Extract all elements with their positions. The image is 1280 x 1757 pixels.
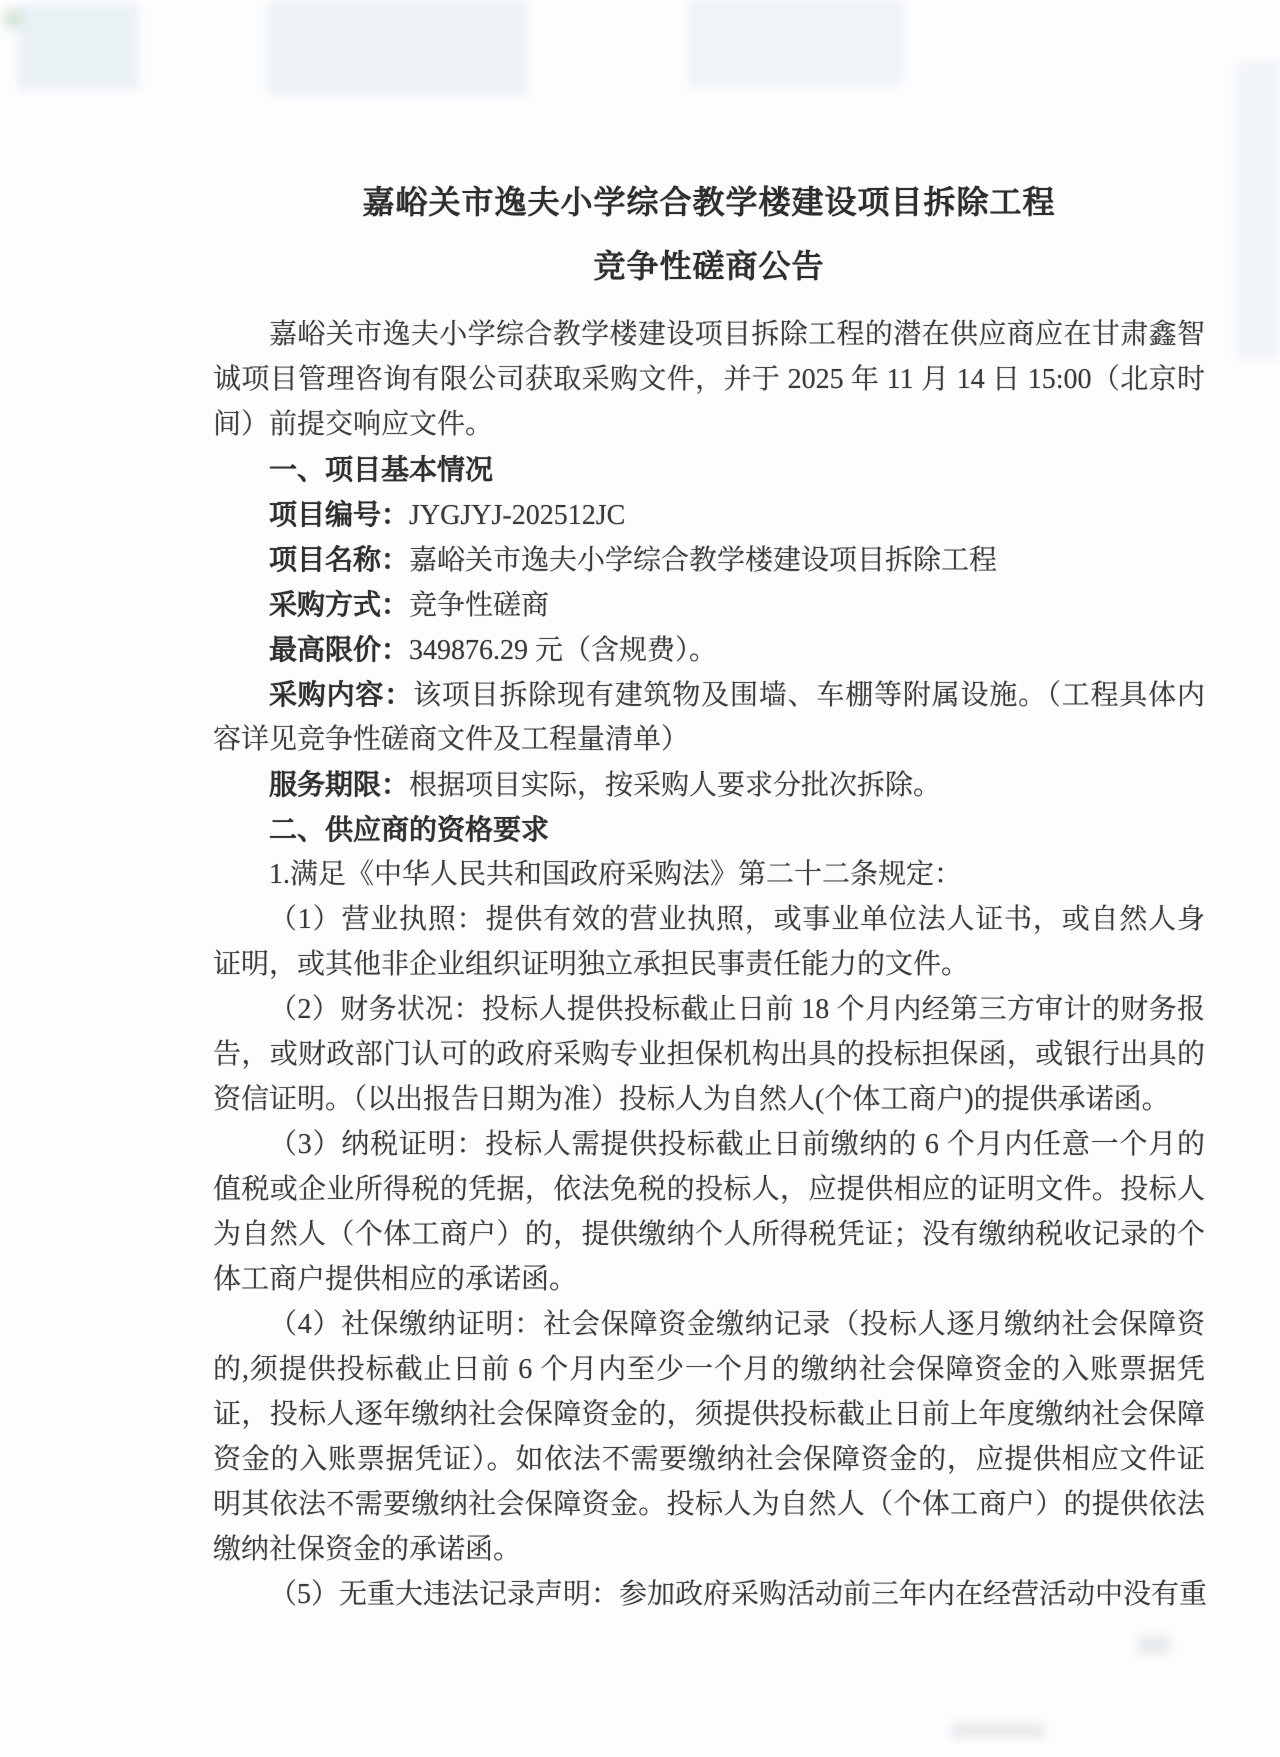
text-segment: 间）前提交响应文件。 bbox=[213, 409, 493, 440]
text-line: 项目名称：嘉峪关市逸夫小学综合教学楼建设项目拆除工程 bbox=[213, 537, 1205, 582]
paragraph: 项目编号：JYGJYJ-202512JC bbox=[213, 492, 1205, 537]
paragraph: 项目名称：嘉峪关市逸夫小学综合教学楼建设项目拆除工程 bbox=[213, 537, 1205, 582]
text-line: 最高限价：349876.29 元（含规费）。 bbox=[213, 627, 1205, 672]
document-subtitle: 竞争性磋商公告 bbox=[213, 234, 1205, 298]
paragraph: 一、项目基本情况 bbox=[213, 447, 1205, 492]
scan-artifact bbox=[952, 1724, 1044, 1738]
text-line: 嘉峪关市逸夫小学综合教学楼建设项目拆除工程的潜在供应商应在甘肃鑫智 bbox=[213, 312, 1205, 357]
text-segment: 嘉峪关市逸夫小学综合教学楼建设项目拆除工程的潜在供应商应在甘肃鑫智 bbox=[269, 319, 1205, 350]
text-line: 的,须提供投标截止日前 6 个月内至少一个月的缴纳社会保障资金的入账票据凭 bbox=[213, 1347, 1205, 1392]
text-line: 缴纳社保资金的承诺函。 bbox=[213, 1527, 1205, 1572]
text-line: 证明，或其他非企业组织证明独立承担民事责任能力的文件。 bbox=[213, 942, 1205, 987]
text-segment: 一、项目基本情况 bbox=[269, 454, 493, 485]
paragraph: （2）财务状况：投标人提供投标截止日前 18 个月内经第三方审计的财务报告，或财… bbox=[213, 987, 1205, 1122]
document-title: 嘉峪关市逸夫小学综合教学楼建设项目拆除工程 bbox=[213, 170, 1205, 234]
text-line: （3）纳税证明：投标人需提供投标截止日前缴纳的 6 个月内任意一个月的增 bbox=[213, 1122, 1205, 1167]
text-segment: 资金的入账票据凭证）。如依法不需要缴纳社会保障资金的，应提供相应文件证 bbox=[213, 1444, 1205, 1475]
text-segment: 资信证明。（以出报告日期为准）投标人为自然人(个体工商户)的提供承诺函。 bbox=[213, 1084, 1170, 1115]
text-segment: 体工商户提供相应的承诺函。 bbox=[213, 1264, 577, 1295]
text-line: 告，或财政部门认可的政府采购专业担保机构出具的投标担保函，或银行出具的 bbox=[213, 1032, 1205, 1077]
text-line: 体工商户提供相应的承诺函。 bbox=[213, 1257, 1205, 1302]
paragraph: 二、供应商的资格要求 bbox=[213, 807, 1205, 852]
scan-artifact bbox=[1138, 1636, 1170, 1654]
text-line: 服务期限：根据项目实际，按采购人要求分批次拆除。 bbox=[213, 762, 1205, 807]
text-line: （2）财务状况：投标人提供投标截止日前 18 个月内经第三方审计的财务报 bbox=[213, 987, 1205, 1032]
text-segment: 349876.29 元（含规费）。 bbox=[409, 635, 717, 666]
text-line: 明其依法不需要缴纳社会保障资金。投标人为自然人（个体工商户）的提供依法 bbox=[213, 1482, 1205, 1527]
paragraph: （1）营业执照：提供有效的营业执照，或事业单位法人证书，或自然人身份证明，或其他… bbox=[213, 897, 1205, 987]
field-label: 采购方式： bbox=[269, 589, 409, 620]
scan-artifact bbox=[688, 0, 903, 86]
text-line: 容详见竞争性磋商文件及工程量清单） bbox=[213, 717, 1205, 762]
paragraph: 1.满足《中华人民共和国政府采购法》第二十二条规定： bbox=[213, 852, 1205, 897]
document-body: 嘉峪关市逸夫小学综合教学楼建设项目拆除工程的潜在供应商应在甘肃鑫智诚项目管理咨询… bbox=[213, 312, 1205, 1617]
text-segment: 明其依法不需要缴纳社会保障资金。投标人为自然人（个体工商户）的提供依法 bbox=[213, 1489, 1205, 1520]
field-label: 服务期限： bbox=[269, 769, 409, 800]
text-segment: （1）营业执照：提供有效的营业执照，或事业单位法人证书，或自然人身份 bbox=[269, 904, 1205, 942]
text-line: 二、供应商的资格要求 bbox=[213, 807, 1205, 852]
paragraph: 采购方式：竞争性磋商 bbox=[213, 582, 1205, 627]
paragraph: （5）无重大违法记录声明：参加政府采购活动前三年内在经营活动中没有重 bbox=[213, 1572, 1205, 1617]
text-segment: 容详见竞争性磋商文件及工程量清单） bbox=[213, 724, 689, 755]
scan-artifact bbox=[18, 4, 138, 90]
text-line: 间）前提交响应文件。 bbox=[213, 402, 1205, 447]
paragraph: 采购内容：该项目拆除现有建筑物及围墙、车棚等附属设施。（工程具体内容详见竞争性磋… bbox=[213, 672, 1205, 762]
text-segment: 缴纳社保资金的承诺函。 bbox=[213, 1534, 521, 1565]
text-line: 资金的入账票据凭证）。如依法不需要缴纳社会保障资金的，应提供相应文件证 bbox=[213, 1437, 1205, 1482]
scan-artifact bbox=[1238, 60, 1280, 360]
text-segment: 根据项目实际，按采购人要求分批次拆除。 bbox=[409, 770, 941, 801]
text-segment: （4）社保缴纳证明：社会保障资金缴纳记录（投标人逐月缴纳社会保障资金 bbox=[269, 1309, 1205, 1347]
text-segment: 证，投标人逐年缴纳社会保障资金的，须提供投标截止日前上年度缴纳社会保障 bbox=[213, 1399, 1205, 1430]
text-line: 诚项目管理咨询有限公司获取采购文件，并于 2025 年 11 月 14 日 15… bbox=[213, 357, 1205, 402]
text-line: 采购方式：竞争性磋商 bbox=[213, 582, 1205, 627]
text-segment: 1.满足《中华人民共和国政府采购法》第二十二条规定： bbox=[269, 859, 962, 890]
paragraph: （4）社保缴纳证明：社会保障资金缴纳记录（投标人逐月缴纳社会保障资金的,须提供投… bbox=[213, 1302, 1205, 1572]
paragraph: 最高限价：349876.29 元（含规费）。 bbox=[213, 627, 1205, 672]
text-line: 项目编号：JYGJYJ-202512JC bbox=[213, 492, 1205, 537]
text-line: 证，投标人逐年缴纳社会保障资金的，须提供投标截止日前上年度缴纳社会保障 bbox=[213, 1392, 1205, 1437]
text-segment: 竞争性磋商 bbox=[409, 590, 549, 621]
paragraph: 服务期限：根据项目实际，按采购人要求分批次拆除。 bbox=[213, 762, 1205, 807]
text-segment: 值税或企业所得税的凭据，依法免税的投标人，应提供相应的证明文件。投标人 bbox=[213, 1174, 1205, 1205]
paragraph: 嘉峪关市逸夫小学综合教学楼建设项目拆除工程的潜在供应商应在甘肃鑫智诚项目管理咨询… bbox=[213, 312, 1205, 447]
scan-artifact bbox=[4, 10, 22, 28]
text-line: （5）无重大违法记录声明：参加政府采购活动前三年内在经营活动中没有重 bbox=[213, 1572, 1205, 1617]
field-label: 项目编号： bbox=[269, 499, 409, 530]
text-segment: 诚项目管理咨询有限公司获取采购文件，并于 2025 年 11 月 14 日 15… bbox=[213, 364, 1205, 395]
field-label: 项目名称： bbox=[269, 544, 409, 575]
document-page: 嘉峪关市逸夫小学综合教学楼建设项目拆除工程 竞争性磋商公告 嘉峪关市逸夫小学综合… bbox=[213, 170, 1205, 1617]
field-label: 采购内容： bbox=[269, 679, 413, 710]
text-segment: （5）无重大违法记录声明：参加政府采购活动前三年内在经营活动中没有重 bbox=[269, 1579, 1207, 1610]
text-line: （4）社保缴纳证明：社会保障资金缴纳记录（投标人逐月缴纳社会保障资金 bbox=[213, 1302, 1205, 1347]
scan-artifact bbox=[268, 0, 528, 96]
text-line: 资信证明。（以出报告日期为准）投标人为自然人(个体工商户)的提供承诺函。 bbox=[213, 1077, 1205, 1122]
text-segment: 二、供应商的资格要求 bbox=[269, 814, 549, 845]
text-segment: 为自然人（个体工商户）的，提供缴纳个人所得税凭证；没有缴纳税收记录的个 bbox=[213, 1219, 1205, 1250]
field-label: 最高限价： bbox=[269, 634, 409, 665]
paragraph: （3）纳税证明：投标人需提供投标截止日前缴纳的 6 个月内任意一个月的增值税或企… bbox=[213, 1122, 1205, 1302]
text-segment: 的,须提供投标截止日前 6 个月内至少一个月的缴纳社会保障资金的入账票据凭 bbox=[213, 1354, 1205, 1385]
text-line: 值税或企业所得税的凭据，依法免税的投标人，应提供相应的证明文件。投标人 bbox=[213, 1167, 1205, 1212]
text-segment: 嘉峪关市逸夫小学综合教学楼建设项目拆除工程 bbox=[409, 545, 997, 576]
text-line: 为自然人（个体工商户）的，提供缴纳个人所得税凭证；没有缴纳税收记录的个 bbox=[213, 1212, 1205, 1257]
text-segment: （2）财务状况：投标人提供投标截止日前 18 个月内经第三方审计的财务报 bbox=[269, 994, 1205, 1025]
text-segment: JYGJYJ-202512JC bbox=[409, 500, 625, 531]
text-segment: 该项目拆除现有建筑物及围墙、车棚等附属设施。（工程具体内 bbox=[413, 680, 1205, 711]
text-line: （1）营业执照：提供有效的营业执照，或事业单位法人证书，或自然人身份 bbox=[213, 897, 1205, 942]
text-segment: （3）纳税证明：投标人需提供投标截止日前缴纳的 6 个月内任意一个月的增 bbox=[269, 1129, 1205, 1167]
text-line: 1.满足《中华人民共和国政府采购法》第二十二条规定： bbox=[213, 852, 1205, 897]
text-line: 一、项目基本情况 bbox=[213, 447, 1205, 492]
text-segment: 告，或财政部门认可的政府采购专业担保机构出具的投标担保函，或银行出具的 bbox=[213, 1039, 1205, 1070]
text-segment: 证明，或其他非企业组织证明独立承担民事责任能力的文件。 bbox=[213, 949, 969, 980]
text-line: 采购内容：该项目拆除现有建筑物及围墙、车棚等附属设施。（工程具体内 bbox=[213, 672, 1205, 717]
